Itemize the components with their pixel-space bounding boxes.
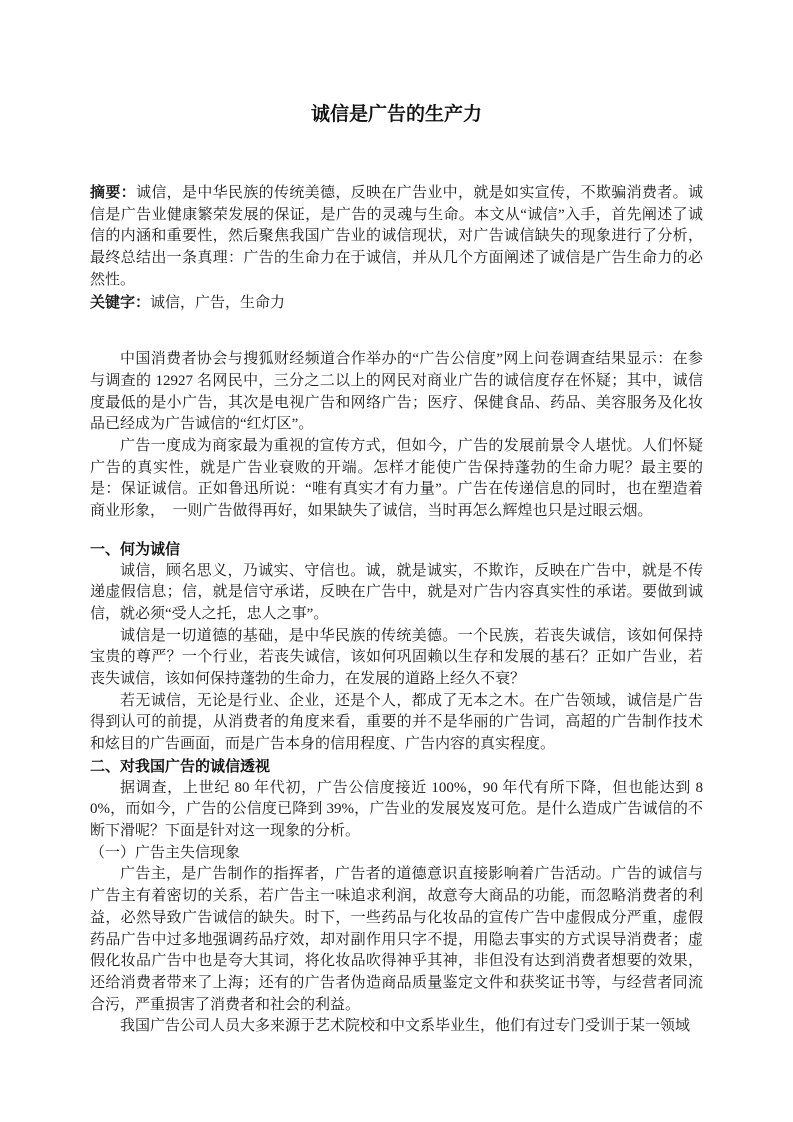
subsection-1-paragraph-1: 广告主，是广告制作的指挥者，广告者的道德意识直接影响着广告活动。广告的诚信与广告… bbox=[90, 864, 703, 1016]
intro-paragraph-2: 广告一度成为商家最为重视的宣传方式，但如今，广告的发展前景令人堪忧。人们怀疑广告… bbox=[90, 436, 703, 523]
abstract-paragraph: 摘要：诚信，是中华民族的传统美德，反映在广告业中，就是如实宣传，不欺骗消费者。诚… bbox=[90, 182, 703, 292]
document-title: 诚信是广告的生产力 bbox=[90, 103, 703, 127]
intro-paragraph-1: 中国消费者协会与搜狐财经频道合作举办的“广告公信度”网上问卷调查结果显示：在参与… bbox=[90, 349, 703, 436]
section-1-paragraph-2: 诚信是一切道德的基础，是中华民族的传统美德。一个民族，若丧失诚信，该如何保持宝贵… bbox=[90, 626, 703, 691]
document-content: 诚信是广告的生产力 摘要：诚信，是中华民族的传统美德，反映在广告业中，就是如实宣… bbox=[90, 0, 703, 1038]
section-1-paragraph-3: 若无诚信，无论是行业、企业，还是个人，都成了无本之木。在广告领域，诚信是广告得到… bbox=[90, 691, 703, 756]
section-2-heading: 二、对我国广告的诚信透视 bbox=[90, 756, 703, 778]
keywords-line: 关键字：诚信，广告，生命力 bbox=[90, 292, 703, 315]
section-1-heading: 一、何为诚信 bbox=[90, 539, 703, 561]
keywords-label: 关键字： bbox=[90, 294, 150, 311]
section-1-paragraph-1: 诚信，顾名思义，乃诚实、守信也。诚，就是诚实，不欺诈，反映在广告中，就是不传递虚… bbox=[90, 561, 703, 626]
abstract-label: 摘要： bbox=[90, 184, 136, 201]
abstract-text: 诚信，是中华民族的传统美德，反映在广告业中，就是如实宣传，不欺骗消费者。诚信是广… bbox=[90, 185, 703, 288]
keywords-text: 诚信，广告，生命力 bbox=[150, 295, 285, 311]
document-page: 诚信是广告的生产力 摘要：诚信，是中华民族的传统美德，反映在广告业中，就是如实宣… bbox=[0, 0, 793, 1122]
section-2-paragraph-1: 据调查，上世纪 80 年代初，广告公信度接近 100%，90 年代有所下降，但也… bbox=[90, 778, 703, 843]
subsection-1-heading: （一）广告主失信现象 bbox=[90, 843, 703, 865]
subsection-1-paragraph-2: 我国广告公司人员大多来源于艺术院校和中文系毕业生，他们有过专门受训于某一领域 bbox=[90, 1016, 703, 1038]
